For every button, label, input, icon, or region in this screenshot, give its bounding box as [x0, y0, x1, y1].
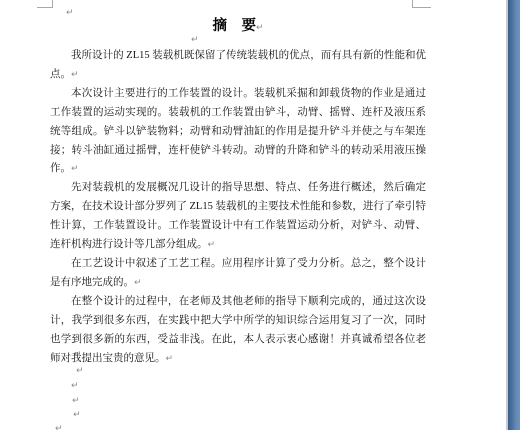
paragraph-return-mark-icon: ↵ [71, 70, 79, 80]
paragraph-return-mark-icon: ↵ [73, 411, 81, 420]
document-page[interactable]: ↵ 摘 要↵ ↵ 我所设计的 ZL15 装载机既保留了传统装载机的优点，而有具有… [0, 0, 508, 430]
paragraph-return-mark-icon: ↵ [71, 382, 79, 391]
margin-crop-mark-top-right-icon [412, 0, 431, 8]
paragraph-return-mark-icon: ↵ [71, 164, 79, 174]
paragraph[interactable]: 本次设计主要进行的工作装置的设计。装载机采掘和卸载货物的作业是通过工作装置的运动… [50, 85, 426, 180]
paragraph-return-mark-icon: ↵ [208, 240, 216, 250]
paragraph-return-mark-icon: ↵ [191, 36, 199, 45]
paragraph[interactable]: 先对装载机的发展概况几设计的指导思想、特点、任务进行概述，然后确定方案，在技术设… [50, 179, 426, 255]
paragraph-return-mark-icon: ↵ [76, 367, 84, 376]
document-title[interactable]: 摘 要↵ [50, 18, 426, 35]
paragraph-return-mark-icon: ↵ [74, 351, 82, 360]
workspace-background-edge [506, 0, 520, 430]
paragraph-return-mark-icon: ↵ [134, 278, 142, 288]
margin-crop-mark-top-left-icon [37, 0, 53, 8]
paragraph[interactable]: 我所设计的 ZL15 装载机既保留了传统装载机的优点，而有具有新的性能和优点。↵ [50, 47, 426, 85]
paragraph-return-mark-icon: ↵ [72, 397, 80, 406]
paragraph-return-mark-icon: ↵ [256, 23, 264, 33]
paragraph-return-mark-icon: ↵ [55, 425, 63, 430]
paragraph[interactable]: 在整个设计的过程中，在老师及其他老师的指导下顺利完成的，通过这次设计，我学到很多… [50, 293, 426, 369]
paragraph[interactable]: 在工艺设计中叙述了工艺工程。应用程序计算了受力分析。总之，整个设计是有序地完成的… [50, 255, 426, 293]
paragraph-return-mark-icon: ↵ [166, 354, 174, 364]
paragraph-return-mark-icon: ↵ [66, 9, 74, 18]
document-body[interactable]: 我所设计的 ZL15 装载机既保留了传统装载机的优点，而有具有新的性能和优点。↵… [50, 47, 426, 368]
title-text: 摘 要 [212, 18, 256, 34]
